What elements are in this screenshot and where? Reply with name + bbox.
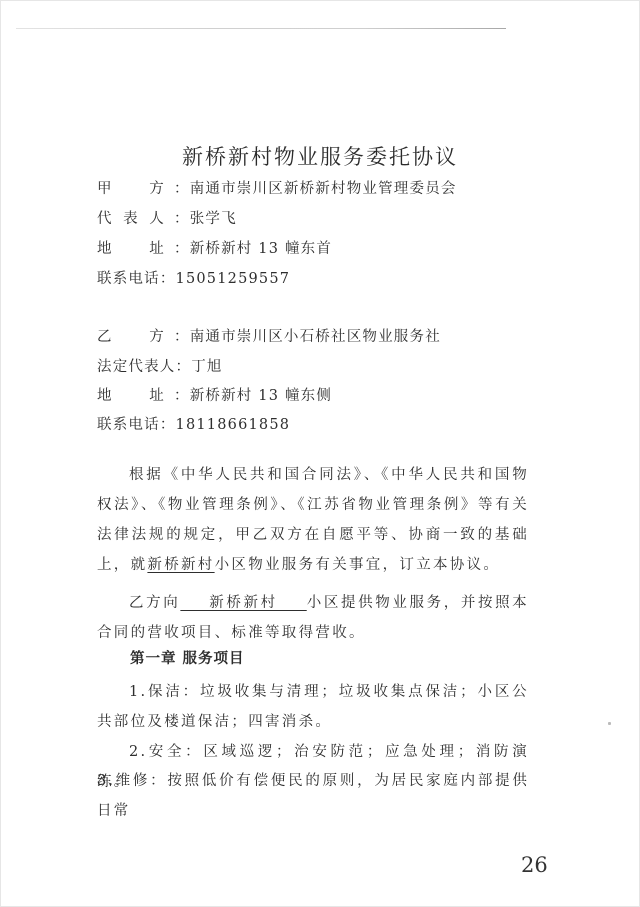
scan-speck <box>608 722 611 725</box>
phone-label: 联系电话 <box>97 271 160 287</box>
party-a-line: 甲方：南通市崇川区新桥新村物业管理委员会 <box>97 177 457 198</box>
service-clause-paragraph: 乙方向 新桥新村 小区提供物业服务，并按照本合同的营收项目、标准等取得营收。 <box>97 588 529 648</box>
legal-representative-label: 法定代表人 <box>97 359 176 375</box>
phone-label: 联系电话 <box>97 417 160 433</box>
party-a-name: 南通市崇川区新桥新村物业管理委员会 <box>190 181 457 197</box>
party-b-phone-line: 联系电话：18118661858 <box>97 413 290 434</box>
community-name-blank: 新桥新村 <box>180 595 306 611</box>
party-a-phone: 15051259557 <box>176 271 291 287</box>
party-b-line: 乙方：南通市崇川区小石桥社区物业服务社 <box>97 325 441 346</box>
document-title: 新桥新村物业服务委托协议 <box>0 141 640 171</box>
representative-label: 代表人 <box>97 207 165 228</box>
party-a-address: 新桥新村 13 幢东首 <box>190 241 332 257</box>
party-b-phone: 18118661858 <box>176 417 291 433</box>
party-b-address: 新桥新村 13 幢东侧 <box>190 388 332 404</box>
header-rule <box>16 28 506 29</box>
party-a-address-line: 地址：新桥新村 13 幢东首 <box>97 237 332 258</box>
party-a-representative: 张学飞 <box>190 211 237 227</box>
address-label: 地址 <box>97 237 165 258</box>
community-name-underlined: 新桥新村 <box>147 557 214 573</box>
party-b-representative-line: 法定代表人：丁旭 <box>97 355 223 376</box>
page-number: 26 <box>521 853 548 877</box>
party-b-label: 乙方 <box>97 325 165 346</box>
party-a-phone-line: 联系电话：15051259557 <box>97 267 290 288</box>
party-a-representative-line: 代表人：张学飞 <box>97 207 237 228</box>
party-b-representative: 丁旭 <box>191 359 222 375</box>
intro-paragraph: 根据《中华人民共和国合同法》、《中华人民共和国物权法》、《物业管理条例》、《江苏… <box>97 460 529 580</box>
address-label: 地址 <box>97 384 165 405</box>
party-b-name: 南通市崇川区小石桥社区物业服务社 <box>190 329 441 345</box>
chapter-heading: 第一章 服务项目 <box>130 647 245 668</box>
item-cleaning: 1.保洁：垃圾收集与清理；垃圾收集点保洁；小区公共部位及楼道保洁；四害消杀。 <box>97 677 529 737</box>
party-b-address-line: 地址：新桥新村 13 幢东侧 <box>97 384 332 405</box>
item-maintenance: 3.维修：按照低价有偿便民的原则，为居民家庭内部提供日常 <box>97 766 529 826</box>
party-a-label: 甲方 <box>97 177 165 198</box>
